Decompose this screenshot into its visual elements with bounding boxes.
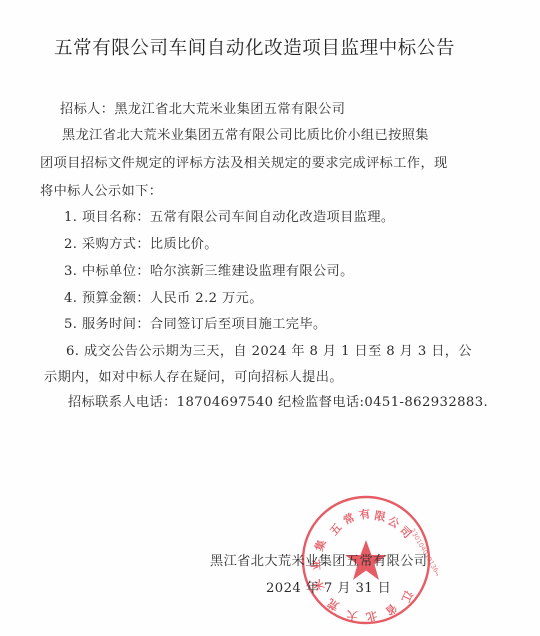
- svg-text:北: 北: [365, 608, 379, 623]
- item6-line-2: 示期内，如对中标人存在疑问，可向招标人提出。: [44, 366, 343, 385]
- svg-text:五: 五: [327, 521, 344, 538]
- item-label: 1. 项目名称：: [64, 210, 150, 225]
- item-label: 4. 预算金额：: [64, 291, 150, 306]
- item-procurement-method: 2. 采购方式：比质比价。: [64, 233, 218, 252]
- intro-line-3: 将中标人公示如下：: [40, 180, 162, 199]
- item-service-time: 5. 服务时间：合同签订后至项目施工完毕。: [64, 313, 327, 332]
- svg-text:有: 有: [358, 506, 371, 522]
- item-value: 哈尔滨新三维建设监理有限公司。: [150, 264, 354, 279]
- signature-org: 黑江省北大荒米业集团五常有限公司: [210, 550, 427, 569]
- item-winning-bidder: 3. 中标单位：哈尔滨新三维建设监理有限公司。: [64, 260, 354, 279]
- item-value: 合同签订后至项目施工完毕。: [150, 317, 327, 332]
- svg-text:常: 常: [341, 510, 358, 528]
- item-label: 2. 采购方式：: [64, 237, 150, 252]
- intro-line-1: 黑龙江省北大荒米业集团五常有限公司比质比价小组已按照集: [62, 124, 429, 143]
- svg-text:大: 大: [346, 608, 358, 623]
- item-value: 人民币 2.2 万元。: [150, 291, 263, 306]
- document-page: 五常有限公司车间自动化改造项目监理中标公告 招标人：黑龙江省北大荒米业集团五常有…: [0, 0, 540, 636]
- contact-line: 招标联系人电话：18704697540 纪检监督电话:0451-86293288…: [68, 391, 488, 410]
- item6-line-1: 6. 成交公告公示期为三天，自 2024 年 8 月 1 日至 8 月 3 日，…: [66, 340, 472, 359]
- svg-text:公: 公: [386, 514, 403, 531]
- item-value: 比质比价。: [150, 237, 218, 252]
- item-value: 五常有限公司车间自动化改造项目监理。: [150, 210, 395, 225]
- document-title: 五常有限公司车间自动化改造项目监理中标公告: [54, 34, 455, 60]
- svg-text:限: 限: [373, 508, 386, 524]
- tenderer-line: 招标人：黑龙江省北大荒米业集团五常有限公司: [60, 98, 345, 117]
- item-budget: 4. 预算金额：人民币 2.2 万元。: [64, 287, 263, 306]
- intro-line-2: 团项目招标文件规定的评标方法及相关规定的要求完成评标工作，现: [40, 152, 448, 171]
- item-project-name: 1. 项目名称：五常有限公司车间自动化改造项目监理。: [64, 206, 395, 225]
- signature-date: 2024 年 7 月 31 日: [266, 577, 391, 596]
- item-label: 5. 服务时间：: [64, 317, 150, 332]
- item-label: 3. 中标单位：: [64, 264, 150, 279]
